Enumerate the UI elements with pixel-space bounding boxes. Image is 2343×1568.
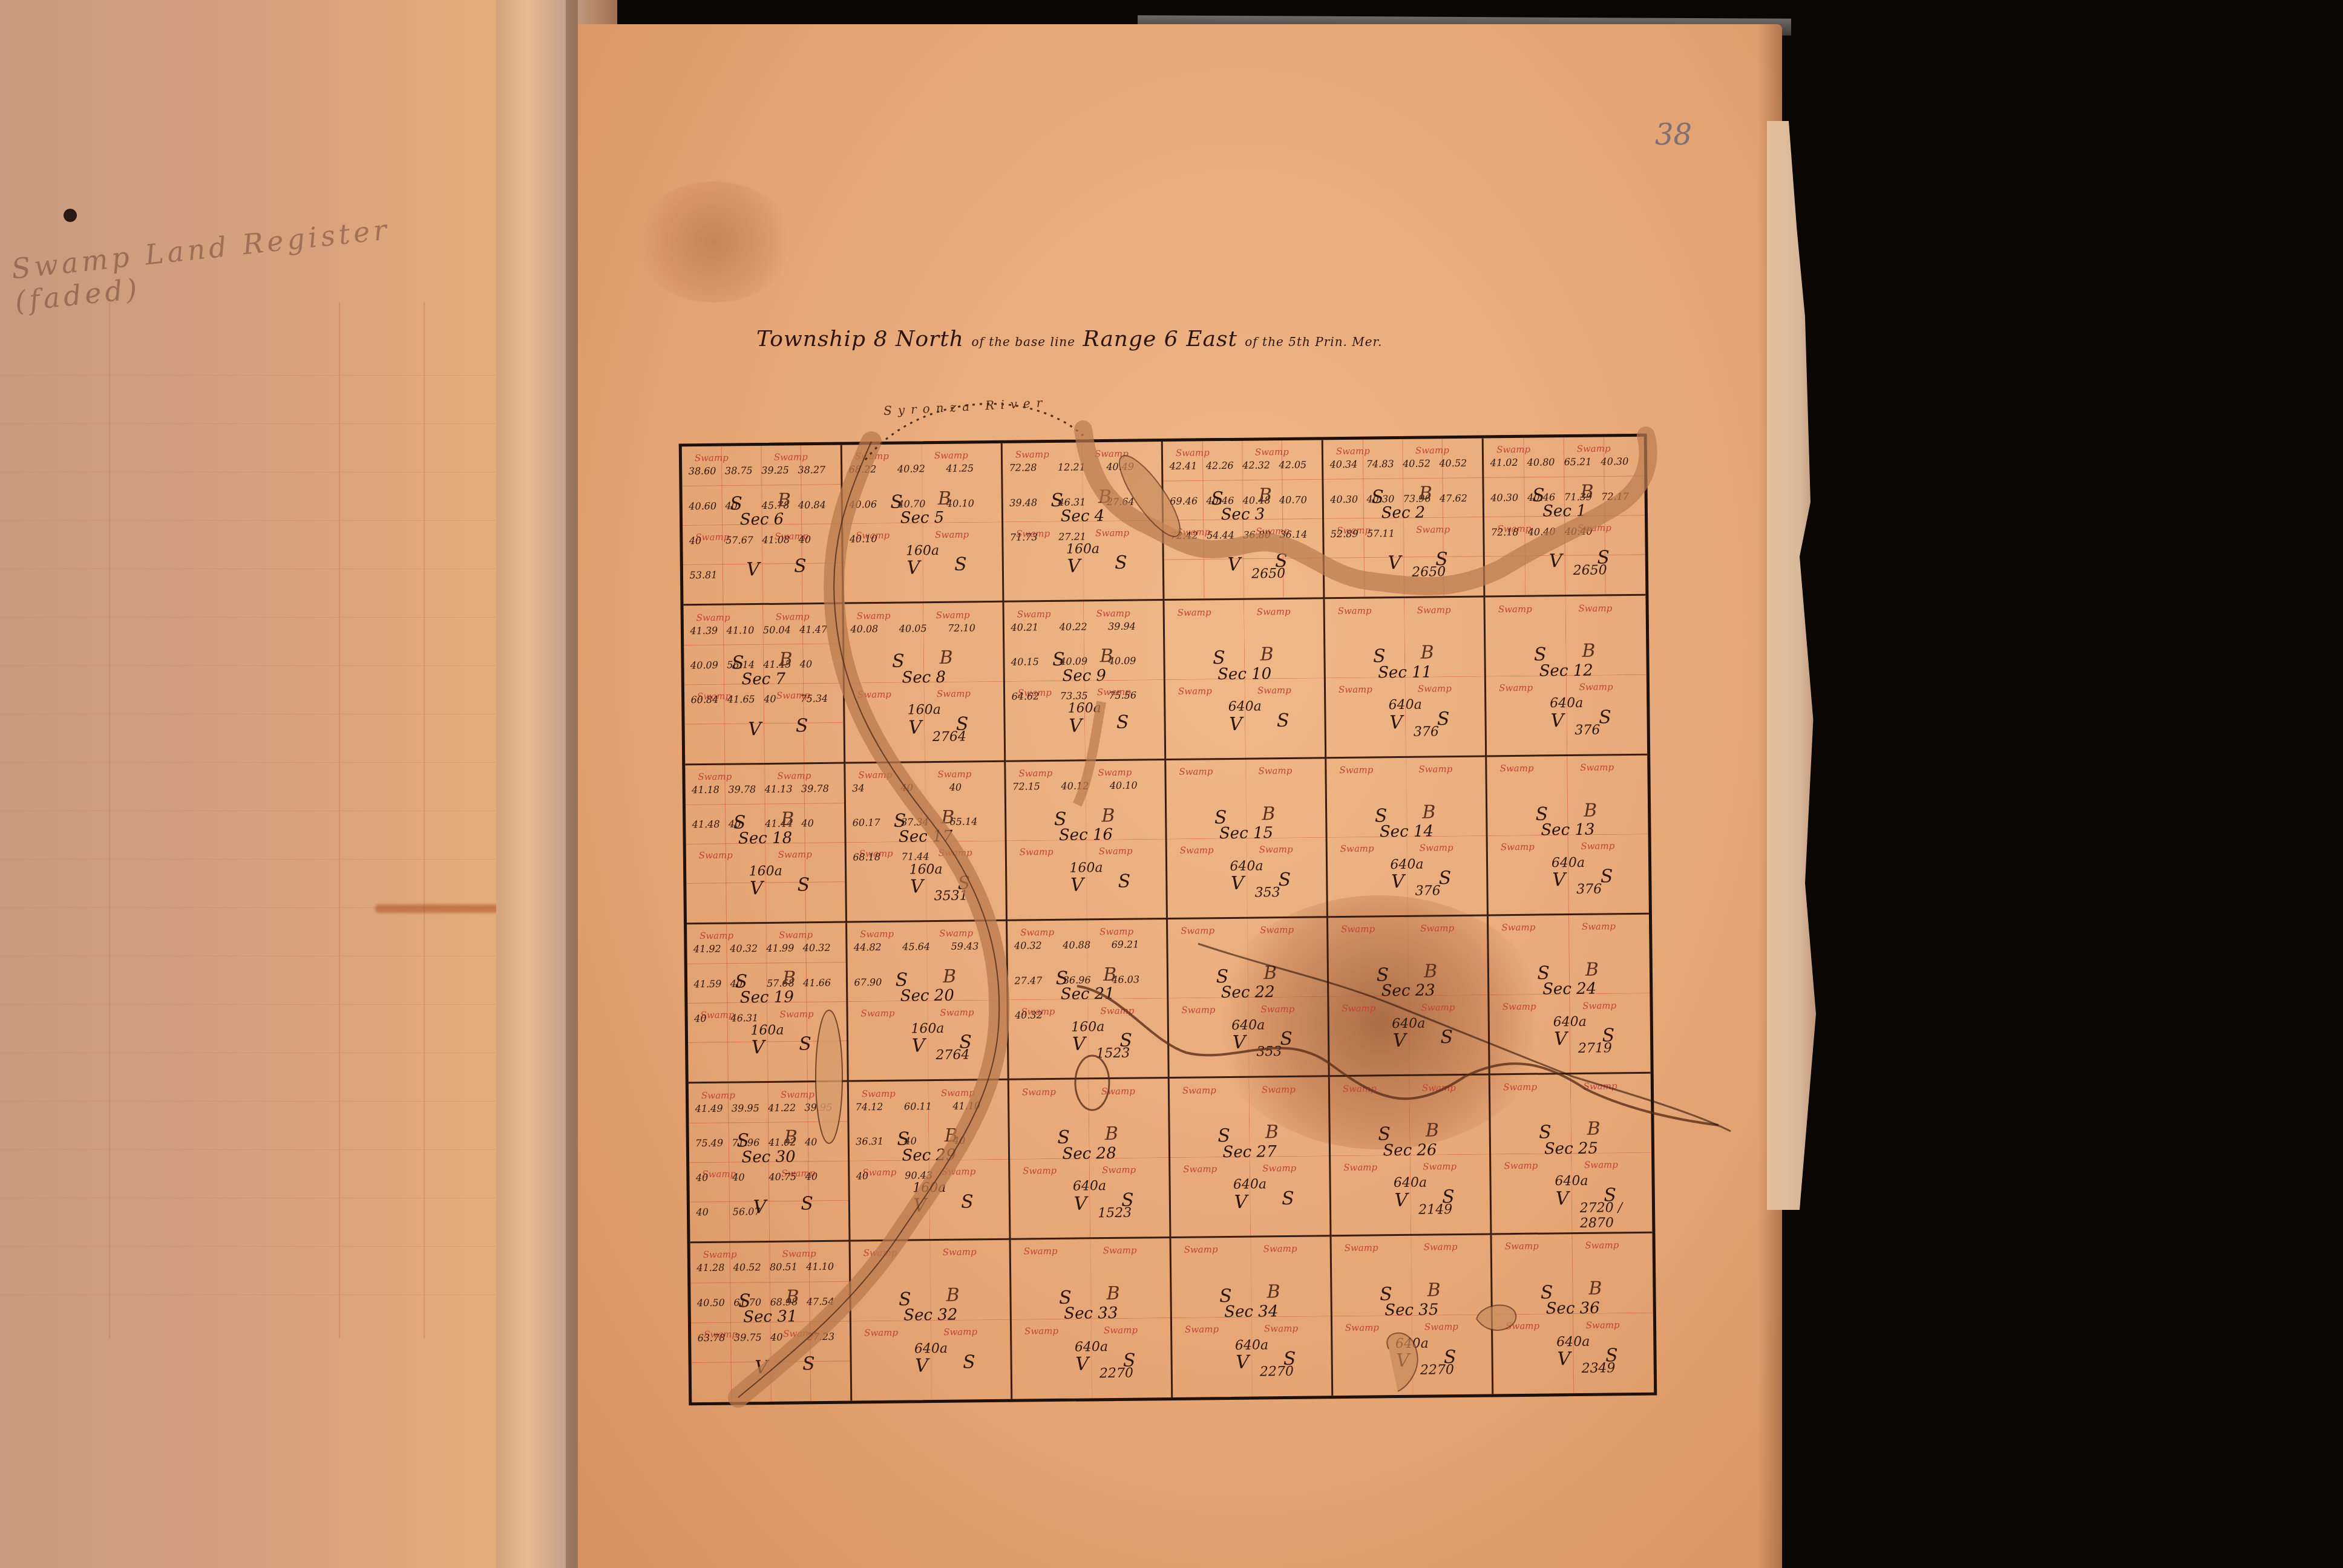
swamp-label: Swamp: [1020, 927, 1054, 938]
section-acreage: 640a: [914, 1341, 948, 1356]
lot-acreage: 34: [852, 782, 865, 794]
swamp-label: Swamp: [855, 451, 889, 462]
section-label: Sec 29: [902, 1146, 955, 1165]
swamp-label: Swamp: [1503, 1081, 1537, 1093]
section-2: SwampSwampSwampSwamp40.3474.8340.5240.52…: [1323, 438, 1486, 599]
swamp-label: Swamp: [1418, 763, 1452, 775]
section-acreage: 640a: [1389, 697, 1422, 713]
mark-b: B: [1419, 483, 1432, 504]
mark-s: S: [799, 1033, 811, 1054]
swamp-label: Swamp: [1258, 765, 1292, 777]
mark-b: B: [1260, 644, 1273, 665]
mark-v: V: [747, 559, 760, 580]
ledger-rule: [0, 423, 545, 424]
swamp-label: Swamp: [1585, 1240, 1619, 1251]
section-acreage: 160a: [1069, 860, 1103, 876]
lot-acreage: 50.04: [763, 624, 791, 635]
section-12: SwampSwampSwampSwampSBVSSec 12640a376: [1485, 596, 1647, 757]
swamp-label: Swamp: [1180, 844, 1214, 856]
section-acreage: 160a: [909, 862, 942, 878]
section-label: Sec 25: [1544, 1139, 1598, 1158]
mark-v: V: [1389, 712, 1403, 733]
mark-b: B: [778, 489, 791, 511]
section-24: SwampSwampSwampSwampSBVSSec 24640a2719: [1489, 915, 1651, 1076]
mark-b: B: [1424, 961, 1437, 982]
section-36: SwampSwampSwampSwampSBVSSec 36640a2349: [1492, 1233, 1654, 1394]
entry-number: 1523: [1098, 1205, 1132, 1221]
section-label: Sec 2: [1381, 504, 1426, 523]
section-3: SwampSwampSwampSwamp42.4142.2642.3242.05…: [1163, 440, 1325, 601]
swamp-label: Swamp: [1424, 1321, 1458, 1333]
swamp-label: Swamp: [941, 1087, 975, 1099]
lot-acreage: 53.81: [689, 569, 717, 581]
entry-number: 353: [1255, 885, 1280, 900]
section-label: Sec 17: [899, 828, 952, 846]
ledger-rule: [339, 302, 340, 1338]
section-label: Sec 18: [738, 829, 792, 848]
mark-s: S: [796, 715, 808, 736]
lot-acreage: 40.12: [1061, 780, 1089, 791]
section-label: Sec 36: [1546, 1299, 1600, 1318]
swamp-label: Swamp: [857, 689, 891, 701]
mark-s: S: [798, 874, 810, 895]
mark-s: S: [1599, 707, 1611, 728]
swamp-label: Swamp: [1584, 1080, 1617, 1092]
mark-v: V: [914, 1195, 927, 1216]
lot-acreage: 54.44: [1207, 529, 1234, 541]
lot-acreage: 39.78: [728, 783, 756, 795]
lot-acreage: 57.11: [1367, 528, 1395, 539]
swamp-label: Swamp: [937, 768, 971, 780]
swamp-label: Swamp: [934, 450, 968, 462]
swamp-label: Swamp: [863, 1247, 897, 1259]
ledger-rule: [0, 617, 545, 618]
lot-acreage: 41.10: [806, 1261, 834, 1272]
section-label: Sec 1: [1542, 502, 1587, 521]
section-1: SwampSwampSwampSwamp41.0240.8065.2140.30…: [1484, 437, 1646, 598]
mark-b: B: [1427, 1280, 1440, 1301]
section-acreage: 640a: [1230, 858, 1263, 874]
swamp-label: Swamp: [1101, 1085, 1135, 1097]
section-label: Sec 11: [1378, 663, 1432, 682]
lot-acreage: 41.10: [727, 624, 755, 636]
swamp-label: Swamp: [1023, 1165, 1057, 1177]
mark-v: V: [755, 1357, 768, 1378]
swamp-label: Swamp: [700, 930, 733, 942]
section-label: Sec 24: [1542, 980, 1596, 999]
mark-v: V: [1557, 1348, 1570, 1370]
lot-acreage: 42.41: [1170, 460, 1198, 472]
section-acreage: 640a: [1233, 1177, 1267, 1193]
lot-acreage: 72.18: [1491, 526, 1519, 538]
lot-acreage: 41.48: [692, 818, 720, 830]
mark-b: B: [1098, 486, 1112, 508]
water-stain: [635, 181, 793, 302]
swamp-label: Swamp: [935, 529, 969, 540]
entry-number: 376: [1414, 724, 1439, 739]
mark-b: B: [786, 1287, 799, 1308]
swamp-label: Swamp: [1020, 846, 1054, 858]
mark-s: S: [1279, 869, 1291, 890]
lot-acreage: 40.50: [697, 1297, 725, 1308]
lot-acreage: 41.49: [695, 1102, 723, 1114]
mark-b: B: [943, 966, 956, 987]
section-label: Sec 35: [1384, 1301, 1438, 1320]
section-label: Sec 13: [1541, 821, 1594, 840]
swamp-label: Swamp: [1586, 1319, 1620, 1331]
mark-v: V: [1393, 1030, 1406, 1051]
entry-number: 2149: [1418, 1202, 1452, 1218]
ledger-rule: [0, 520, 545, 521]
entry-number: 2270: [1260, 1364, 1294, 1380]
swamp-label: Swamp: [1183, 1163, 1217, 1175]
section-32: SwampSwampSwampSwampSBVSSec 32640a: [851, 1240, 1013, 1400]
mark-s: S: [801, 1193, 813, 1214]
swamp-label: Swamp: [781, 1089, 814, 1100]
swamp-label: Swamp: [1262, 1163, 1296, 1174]
lot-acreage: 40: [689, 535, 702, 546]
swamp-label: Swamp: [695, 452, 729, 464]
section-acreage: 640a: [1550, 696, 1583, 711]
entry-number: 2270: [1420, 1362, 1454, 1378]
swamp-label: Swamp: [1018, 768, 1052, 779]
lot-acreage: 40.15: [1011, 656, 1039, 667]
entry-number: 2650: [1573, 563, 1607, 579]
section-acreage: 640a: [1553, 1014, 1587, 1030]
swamp-label: Swamp: [1104, 1324, 1138, 1336]
mark-b: B: [1259, 485, 1272, 506]
swamp-label: Swamp: [1498, 603, 1532, 615]
swamp-label: Swamp: [1176, 448, 1210, 459]
mark-v: V: [1388, 552, 1401, 573]
section-label: Sec 15: [1219, 824, 1273, 843]
mark-v: V: [1550, 710, 1564, 731]
swamp-label: Swamp: [1420, 842, 1453, 854]
swamp-label: Swamp: [1257, 685, 1291, 696]
swamp-label: Swamp: [1338, 605, 1372, 616]
section-8: SwampSwampSwampSwamp40.0840.0572.10SBVSS…: [844, 603, 1006, 763]
lot-acreage: 72.15: [1012, 780, 1040, 792]
mark-b: B: [782, 967, 796, 988]
section-4: SwampSwampSwampSwamp72.2812.2140.4939.48…: [1003, 442, 1165, 603]
lot-acreage: 40.21: [1011, 621, 1038, 633]
section-label: Sec 10: [1217, 665, 1271, 684]
lot-acreage: 72.28: [1009, 462, 1037, 473]
swamp-label: Swamp: [1024, 1325, 1058, 1337]
lot-acreage: 40.22: [1060, 621, 1087, 632]
lot-acreage: 40: [801, 817, 814, 829]
lot-acreage: 42.26: [1206, 460, 1234, 471]
swamp-label: Swamp: [1340, 843, 1374, 855]
mark-s: S: [1277, 710, 1289, 731]
lot-acreage: 40: [900, 782, 913, 793]
lot-acreage: 41.10: [952, 1100, 980, 1111]
mark-b: B: [1101, 805, 1115, 826]
swamp-label: Swamp: [1098, 767, 1132, 779]
section-34: SwampSwampSwampSwampSBVSSec 34640a2270: [1171, 1236, 1334, 1397]
swamp-label: Swamp: [1264, 1323, 1298, 1334]
swamp-label: Swamp: [1017, 609, 1051, 620]
lot-acreage: 64.62: [1011, 690, 1039, 702]
mark-b: B: [1267, 1281, 1280, 1302]
section-label: Sec 34: [1224, 1303, 1278, 1322]
swamp-label: Swamp: [1584, 1159, 1618, 1171]
section-6: SwampSwampSwampSwamp38.6038.7539.2538.27…: [682, 445, 844, 606]
lot-acreage: 42.32: [1242, 459, 1270, 471]
mark-v: V: [1069, 715, 1082, 736]
swamp-label: Swamp: [1345, 1243, 1378, 1254]
swamp-label: Swamp: [703, 1249, 737, 1261]
swamp-label: Swamp: [937, 688, 971, 699]
lot-acreage: 74.12: [856, 1101, 883, 1112]
lot-acreage: 40.52: [1403, 458, 1430, 469]
mark-b: B: [1587, 1119, 1600, 1140]
swamp-label: Swamp: [1259, 844, 1293, 855]
section-label: Sec 28: [1062, 1145, 1116, 1163]
swamp-label: Swamp: [1501, 841, 1535, 853]
section-25: SwampSwampSwampSwampSBVSSec 25640a2720 /…: [1490, 1074, 1653, 1235]
entry-number: 3531: [934, 888, 968, 904]
lot-acreage: 41.99: [766, 942, 794, 954]
mark-s: S: [1601, 866, 1613, 887]
section-label: Sec 27: [1222, 1143, 1276, 1161]
swamp-label: Swamp: [1500, 763, 1534, 774]
mark-v: V: [1554, 1029, 1567, 1050]
ink-blot: [64, 209, 77, 222]
section-acreage: 640a: [1555, 1174, 1588, 1189]
mark-s: S: [1439, 867, 1452, 889]
ledger-rule: [0, 569, 545, 569]
swamp-label: Swamp: [939, 848, 972, 859]
swamp-label: Swamp: [1418, 683, 1452, 694]
lot-acreage: 60.17: [853, 817, 880, 828]
mark-b: B: [941, 806, 954, 828]
swamp-label: Swamp: [778, 849, 812, 860]
entry-number: 2764: [932, 729, 966, 745]
mark-v: V: [1234, 1191, 1248, 1212]
mark-b: B: [1580, 481, 1593, 502]
mark-v: V: [1067, 556, 1080, 577]
lot-acreage: 41.08: [762, 534, 790, 545]
mark-v: V: [1231, 873, 1244, 894]
lot-acreage: 69.46: [1170, 495, 1198, 506]
lot-acreage: 40.80: [1527, 456, 1555, 468]
swamp-label: Swamp: [777, 770, 811, 782]
entry-number: 376: [1576, 881, 1602, 897]
swamp-label: Swamp: [782, 1248, 816, 1259]
swamp-label: Swamp: [858, 769, 892, 781]
swamp-label: Swamp: [698, 771, 732, 783]
swamp-label: Swamp: [1424, 1241, 1458, 1253]
mark-s: S: [1116, 711, 1129, 733]
lot-acreage: 72.17: [1601, 490, 1629, 501]
mark-v: V: [1396, 1350, 1409, 1371]
lot-acreage: 71.44: [902, 851, 929, 863]
section-label: Sec 26: [1383, 1141, 1437, 1160]
lot-acreage: 41.22: [768, 1102, 796, 1113]
section-5: SwampSwampSwampSwamp68.2240.9241.2540.06…: [842, 443, 1004, 604]
swamp-label: Swamp: [1580, 762, 1614, 773]
swamp-label: Swamp: [774, 452, 808, 463]
lot-acreage: 57.67: [726, 534, 753, 546]
mark-s: S: [954, 554, 967, 575]
swamp-label: Swamp: [1179, 766, 1213, 777]
swamp-label: Swamp: [1421, 1002, 1455, 1013]
lot-acreage: 40.84: [798, 498, 826, 510]
swamp-label: Swamp: [862, 1088, 896, 1099]
swamp-label: Swamp: [696, 612, 730, 623]
section-15: SwampSwampSwampSwampSBVSSec 15640a353: [1166, 759, 1328, 920]
section-label: Sec 32: [903, 1306, 957, 1325]
lot-acreage: 41.66: [803, 976, 831, 988]
section-label: Sec 20: [900, 987, 954, 1005]
swamp-label: Swamp: [1178, 685, 1212, 697]
lot-acreage: 39.75: [734, 1331, 762, 1343]
swamp-label: Swamp: [1099, 926, 1133, 938]
lot-acreage: 40.30: [1601, 456, 1628, 467]
lot-acreage: 68.18: [853, 851, 880, 863]
ledger-rule: [0, 1246, 545, 1247]
mark-s: S: [794, 555, 807, 577]
swamp-label: Swamp: [1343, 1161, 1377, 1173]
section-acreage: 640a: [1235, 1338, 1268, 1353]
swamp-label: Swamp: [943, 1247, 977, 1258]
ledger-rule: [0, 1295, 545, 1295]
lot-acreage: 39.78: [801, 783, 829, 794]
lot-acreage: 60.11: [904, 1100, 932, 1112]
swamp-label: Swamp: [776, 611, 810, 622]
mark-b: B: [938, 488, 951, 509]
mark-s: S: [1118, 871, 1131, 892]
mark-b: B: [1099, 645, 1113, 667]
lot-acreage: 41.65: [727, 693, 755, 705]
swamp-label: Swamp: [1181, 926, 1214, 937]
swamp-label: Swamp: [1576, 443, 1610, 455]
swamp-label: Swamp: [1262, 1084, 1296, 1096]
mark-b: B: [1588, 1278, 1602, 1299]
swamp-label: Swamp: [857, 610, 891, 622]
swamp-label: Swamp: [1582, 921, 1616, 933]
lot-acreage: 73.35: [1060, 690, 1088, 701]
swamp-label: Swamp: [1102, 1164, 1136, 1175]
lot-acreage: 39.95: [804, 1101, 832, 1112]
lot-acreage: 40.32: [1014, 939, 1042, 951]
swamp-label: Swamp: [1260, 1003, 1294, 1014]
lot-acreage: 41.92: [693, 943, 721, 955]
lot-acreage: 40: [696, 1206, 709, 1218]
lot-acreage: 38.75: [725, 465, 753, 476]
mark-b: B: [779, 649, 792, 670]
swamp-label: Swamp: [1263, 1243, 1297, 1255]
mark-v: V: [915, 1355, 928, 1376]
mark-s: S: [961, 1191, 974, 1212]
section-26: SwampSwampSwampSwampSBVSSec 26640a2149: [1330, 1076, 1492, 1236]
mark-b: B: [1426, 1120, 1439, 1142]
mark-b: B: [1265, 1122, 1279, 1143]
mark-s: S: [963, 1351, 975, 1373]
lot-acreage: 72.10: [948, 622, 975, 633]
lot-acreage: 40.08: [850, 623, 878, 635]
lot-acreage: 41.59: [693, 978, 721, 989]
swamp-label: Swamp: [1582, 1000, 1616, 1011]
swamp-label: Swamp: [1100, 1005, 1134, 1016]
mark-v: V: [752, 1037, 765, 1058]
section-acreage: 640a: [1073, 1178, 1106, 1194]
ledger-rule: [424, 302, 425, 1338]
lot-acreage: 27.21: [1058, 531, 1086, 542]
section-label: Sec 33: [1064, 1304, 1118, 1323]
section-30: SwampSwampSwampSwamp41.4939.9541.2239.95…: [689, 1082, 851, 1243]
swamp-label: Swamp: [1504, 1160, 1538, 1172]
swamp-label: Swamp: [1578, 603, 1612, 614]
section-35: SwampSwampSwampSwampSBVSSec 35640a2270: [1332, 1235, 1494, 1396]
section-acreage: 160a: [750, 1023, 784, 1039]
lot-acreage: 40: [770, 1331, 783, 1343]
lot-acreage: 39.94: [1108, 620, 1136, 632]
entry-number: 376: [1415, 883, 1440, 898]
mark-v: V: [1391, 871, 1404, 892]
lot-acreage: 40.32: [803, 942, 831, 953]
swamp-label: Swamp: [1416, 524, 1450, 535]
mark-v: V: [753, 1197, 767, 1218]
section-11: SwampSwampSwampSwampSBVSSec 11640a376: [1325, 598, 1487, 759]
ledger-rule: [0, 375, 545, 376]
mark-v: V: [910, 876, 923, 897]
lot-acreage: 41.47: [799, 623, 827, 635]
section-label: Sec 4: [1061, 507, 1105, 526]
township-plat-grid: SwampSwampSwampSwamp38.6038.7539.2538.27…: [679, 434, 1657, 1406]
mark-v: V: [1556, 1188, 1569, 1209]
lot-acreage: 40.92: [897, 463, 925, 474]
swamp-label: Swamp: [1260, 924, 1294, 936]
swamp-label: Swamp: [939, 928, 973, 939]
section-acreage: 640a: [1392, 1016, 1425, 1032]
swamp-label: Swamp: [1024, 1246, 1058, 1257]
swamp-label: Swamp: [1423, 1161, 1457, 1172]
section-label: Sec 12: [1539, 661, 1593, 680]
swamp-label: Swamp: [1501, 922, 1535, 933]
section-label: Sec 22: [1221, 983, 1275, 1002]
lot-acreage: 75.49: [695, 1137, 723, 1149]
section-20: SwampSwampSwampSwamp44.8245.6459.4367.90…: [847, 921, 1009, 1082]
spine-shadow: [566, 0, 578, 1568]
entry-number: 353: [1256, 1044, 1282, 1059]
lot-acreage: 45.64: [902, 941, 930, 952]
swamp-label: Swamp: [1345, 1322, 1379, 1333]
swamp-label: Swamp: [942, 1166, 975, 1177]
section-label: Sec 6: [740, 511, 784, 529]
mark-v: V: [1227, 554, 1240, 575]
ledger-rule: [0, 714, 545, 714]
mark-v: V: [1070, 875, 1084, 896]
mark-b: B: [1105, 1123, 1118, 1145]
swamp-label: Swamp: [701, 1089, 735, 1101]
section-16: SwampSwampSwampSwamp72.1540.1240.10SBVSS…: [1006, 760, 1168, 921]
swamp-label: Swamp: [1505, 1241, 1539, 1252]
ledger-rule: [0, 1149, 545, 1150]
lot-acreage: 44.82: [854, 941, 882, 953]
lot-acreage: 67.90: [854, 976, 882, 987]
entry-number: 376: [1575, 722, 1600, 737]
ledger-rule: [0, 859, 545, 860]
lot-acreage: 38.27: [798, 464, 825, 475]
section-label: Sec 8: [902, 668, 946, 687]
lot-acreage: 40: [856, 1170, 869, 1181]
lot-acreage: 27.47: [1014, 975, 1042, 986]
lot-acreage: 39.95: [732, 1102, 759, 1114]
left-ledger-page: Swamp Land Register (faded): [0, 0, 581, 1568]
swamp-label: Swamp: [779, 930, 813, 941]
